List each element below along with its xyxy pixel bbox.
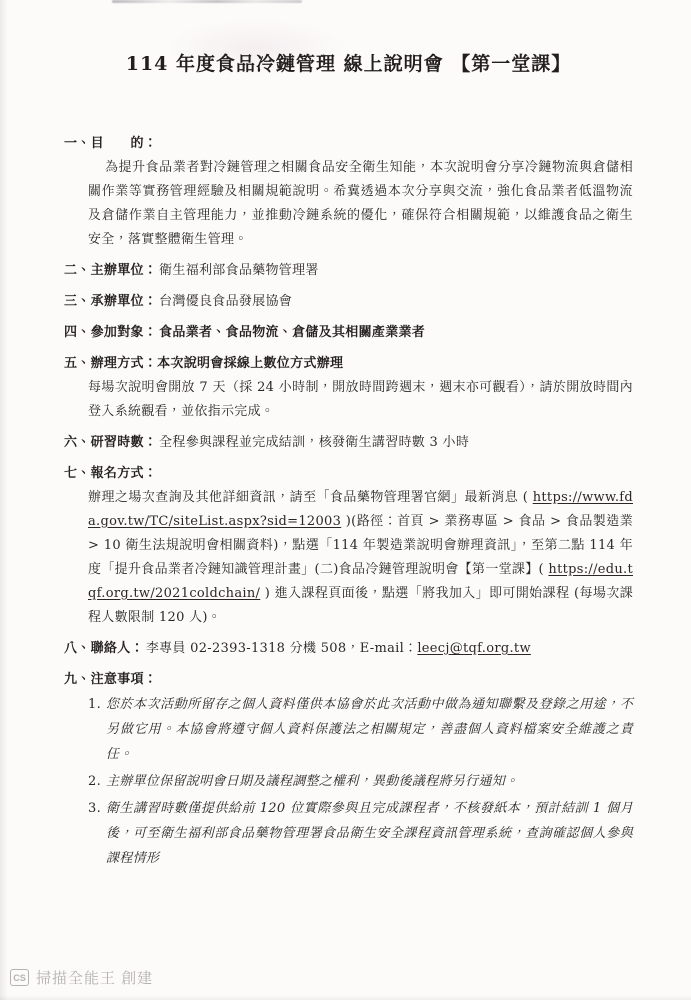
camscanner-watermark: CS 掃描全能王 創建 xyxy=(10,967,153,988)
page-title: 114 年度食品冷鏈管理 線上說明會 【第一堂課】 xyxy=(64,50,633,78)
section-contact-text: 李專員 02-2393-1318 分機 508，E-mail： xyxy=(146,641,418,656)
note-item-3: 3. 衛生講習時數僅提供給前 120 位實際參與且完成課程者，不核發紙本，預計結… xyxy=(88,796,633,871)
registration-text-before: 辦理之場次查詢及其他詳細資訊，請至「食品藥物管理署官網」最新消息 ( xyxy=(88,490,533,505)
section-format-head: 五、辦理方式：本次說明會採線上數位方式辦理 xyxy=(64,352,633,376)
section-hours: 六、研習時數：全程參與課程並完成結訓，核發衛生講習時數 3 小時 xyxy=(64,431,633,455)
contact-email-link[interactable]: leecj@tqf.org.tw xyxy=(417,641,531,656)
section-registration-label: 七、報名方式： xyxy=(64,462,633,486)
section-contact: 八、聯絡人：李專員 02-2393-1318 分機 508，E-mail：lee… xyxy=(64,637,633,661)
section-notes: 九、注意事項： 1. 您於本次活動所留存之個人資料僅供本協會於此次活動中做為通知… xyxy=(64,668,633,871)
note-item-1-text: 您於本次活動所留存之個人資料僅供本協會於此次活動中做為通知聯繫及登錄之用途，不另… xyxy=(106,697,633,762)
section-registration: 七、報名方式： 辦理之場次查詢及其他詳細資訊，請至「食品藥物管理署官網」最新消息… xyxy=(64,462,633,630)
section-executor-value: 台灣優良食品發展協會 xyxy=(159,294,292,309)
section-format-value: 本次說明會採線上數位方式辦理 xyxy=(157,356,343,371)
section-hours-value: 全程參與課程並完成結訓，核發衛生講習時數 3 小時 xyxy=(159,435,469,450)
note-item-1: 1. 您於本次活動所留存之個人資料僅供本協會於此次活動中做為通知聯繫及登錄之用途… xyxy=(88,692,633,767)
section-audience-label: 四、參加對象： xyxy=(64,325,157,340)
section-purpose: 一、目 的： 為提升食品業者對冷鏈管理之相關食品安全衛生知能，本次說明會分享冷鏈… xyxy=(64,132,633,252)
section-audience: 四、參加對象：食品業者、食品物流、倉儲及其相關產業業者 xyxy=(64,321,633,345)
section-format: 五、辦理方式：本次說明會採線上數位方式辦理 每場次說明會開放 7 天（採 24 … xyxy=(64,352,633,424)
note-item-2: 2. 主辦單位保留說明會日期及議程調整之權利，異動後議程將另行通知。 xyxy=(88,769,633,794)
camscanner-watermark-text: 掃描全能王 創建 xyxy=(36,967,153,988)
section-registration-body: 辦理之場次查詢及其他詳細資訊，請至「食品藥物管理署官網」最新消息 ( https… xyxy=(88,486,633,630)
section-purpose-label: 一、目 的： xyxy=(64,132,633,156)
note-item-2-number: 2. xyxy=(88,769,101,794)
section-organizer: 二、主辦單位：衛生福利部食品藥物管理署 xyxy=(64,259,633,283)
camscanner-badge-icon: CS xyxy=(10,969,29,986)
section-format-label: 五、辦理方式： xyxy=(64,356,157,371)
document-content: 114 年度食品冷鏈管理 線上說明會 【第一堂課】 一、目 的： 為提升食品業者… xyxy=(0,0,691,871)
section-hours-label: 六、研習時數： xyxy=(64,435,157,450)
section-organizer-value: 衛生福利部食品藥物管理署 xyxy=(159,263,319,278)
section-audience-value: 食品業者、食品物流、倉儲及其相關產業業者 xyxy=(159,325,425,340)
section-format-body: 每場次說明會開放 7 天（採 24 小時制，開放時間跨週末，週末亦可觀看），請於… xyxy=(88,376,633,424)
section-notes-label: 九、注意事項： xyxy=(64,668,633,692)
section-executor: 三、承辦單位：台灣優良食品發展協會 xyxy=(64,290,633,314)
note-item-3-number: 3. xyxy=(88,796,101,821)
note-item-1-number: 1. xyxy=(88,692,101,717)
section-executor-label: 三、承辦單位： xyxy=(64,294,157,309)
notes-list: 1. 您於本次活動所留存之個人資料僅供本協會於此次活動中做為通知聯繫及登錄之用途… xyxy=(88,692,633,871)
section-purpose-body: 為提升食品業者對冷鏈管理之相關食品安全衛生知能，本次說明會分享冷鏈物流與倉儲相關… xyxy=(88,156,633,252)
scanned-document-page: 114 年度食品冷鏈管理 線上說明會 【第一堂課】 一、目 的： 為提升食品業者… xyxy=(0,0,691,1000)
note-item-2-text: 主辦單位保留說明會日期及議程調整之權利，異動後議程將另行通知。 xyxy=(106,774,518,789)
section-contact-label: 八、聯絡人： xyxy=(64,641,144,656)
section-organizer-label: 二、主辦單位： xyxy=(64,263,157,278)
note-item-3-text: 衛生講習時數僅提供給前 120 位實際參與且完成課程者，不核發紙本，預計結訓 1… xyxy=(106,801,633,866)
